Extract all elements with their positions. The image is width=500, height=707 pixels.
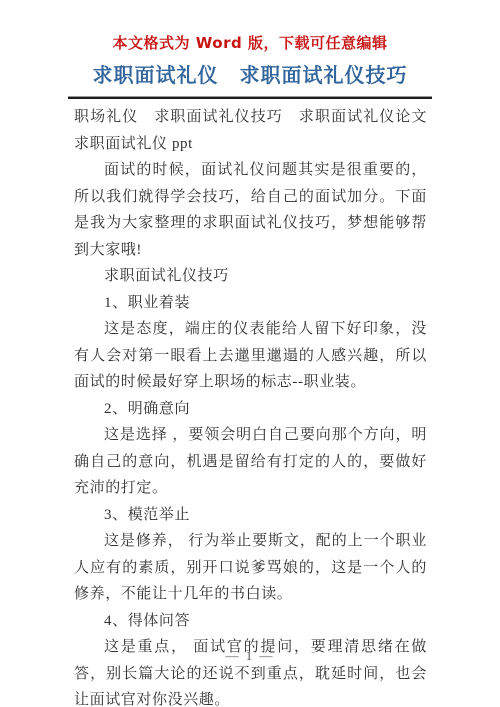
document-page: 本文格式为 Word 版，下载可任意编辑 求职面试礼仪 求职面试礼仪技巧 职场礼… [0,0,500,707]
paragraph: 面试的时候，面试礼仪问题其实是很重要的，所以我们就得学会技巧，给自己的面试加分。… [74,157,427,263]
document-content: 本文格式为 Word 版，下载可任意编辑 求职面试礼仪 求职面试礼仪技巧 职场礼… [68,0,432,707]
document-title: 求职面试礼仪 求职面试礼仪技巧 [68,62,432,96]
paragraph: 职场礼仪 求职面试礼仪技巧 求职面试礼仪论文 求职面试礼仪 ppt [74,104,427,157]
paragraph: 求职面试礼仪技巧 [74,263,427,290]
paragraph: 3、模范举止 [74,502,427,529]
paragraph: 这是修养， 行为举止要斯文，配的上一个职业人应有的素质，别开口说爹骂娘的，这是一… [74,528,427,608]
paragraph: 这是态度，端庄的仪表能给人留下好印象，没有人会对第一眼看上去邋里邋遢的人感兴趣，… [74,316,427,396]
paragraph: 这是重点， 面试官的提问，要理清思绪在做答，别长篇大论的还说不到重点，耽延时间，… [74,634,427,707]
edit-notice: 本文格式为 Word 版，下载可任意编辑 [68,33,432,53]
paragraph: 4、得体问答 [74,608,427,635]
paragraph: 1、职业着装 [74,290,427,317]
paragraph: 2、明确意向 [74,396,427,423]
page-number: — 1 — [0,648,500,664]
paragraph: 这是选择 ，要领会明白自己要向那个方向，明确自己的意向，机遇是留给有打定的人的，… [74,422,427,502]
document-body: 职场礼仪 求职面试礼仪技巧 求职面试礼仪论文 求职面试礼仪 ppt 面试的时候，… [68,99,432,707]
